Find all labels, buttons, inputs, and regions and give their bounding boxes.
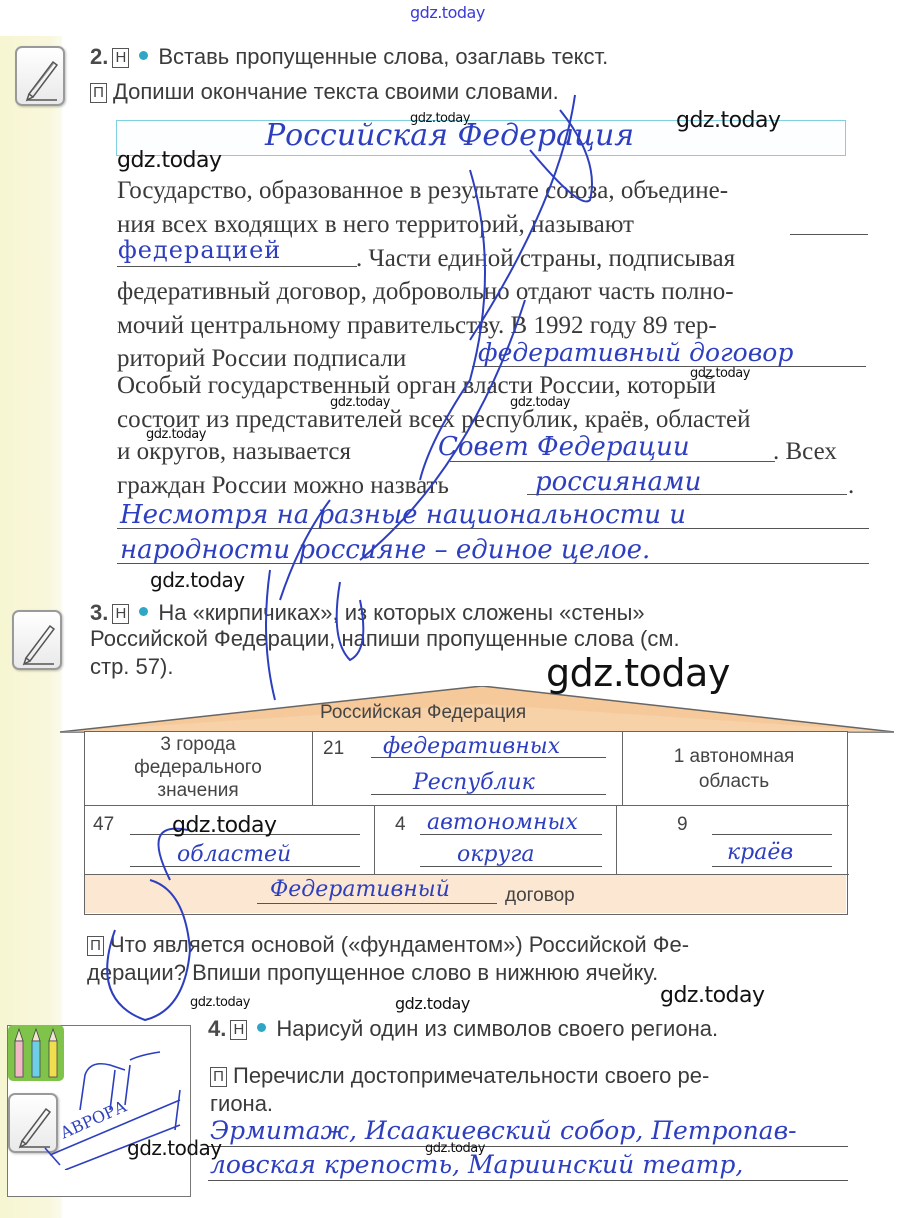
text-line: Государство, образованное в результате с… xyxy=(117,177,728,205)
text-line: мочий центральному правительству. В 1992… xyxy=(117,312,717,340)
task4-header: 4.ННарисуй один из символов своего регио… xyxy=(208,1016,718,1042)
watermark: gdz.today xyxy=(190,996,250,1009)
continuation-line-2: народности россияне – единое целое. xyxy=(120,535,650,565)
answer-russians: россиянами xyxy=(535,467,701,497)
level-marker-p: П xyxy=(210,1067,227,1087)
roof-label: Российская Федерация xyxy=(320,702,526,724)
answer-okrugs: округа xyxy=(457,842,534,867)
answer-federative: федеративных xyxy=(383,734,560,759)
watermark-top: gdz.today xyxy=(410,3,485,22)
answer-treaty: федеративный договор xyxy=(478,338,793,367)
task4-instruction: Нарисуй один из символов своего региона. xyxy=(276,1016,718,1041)
answer-line[interactable] xyxy=(130,834,360,835)
cell-krais: 9 краёв xyxy=(617,806,849,875)
text-line: федеративный договор, добровольно отдают… xyxy=(117,278,734,306)
answer-line[interactable] xyxy=(208,1180,848,1181)
task2-instruction-2: Допиши окончание текста своими словами. xyxy=(113,79,559,104)
answer-oblasts: областей xyxy=(177,842,291,867)
bullet-dot-icon xyxy=(139,607,148,616)
title-answer: Российская Федерация xyxy=(265,118,634,153)
cell-count: 9 xyxy=(677,814,688,836)
cell-count: 21 xyxy=(323,738,344,760)
cell-okrugs: 4 автономных округа xyxy=(375,806,617,875)
cell-count: 4 xyxy=(395,814,406,836)
answer-line[interactable] xyxy=(117,266,357,267)
text-line: Особый государственный орган власти Росс… xyxy=(117,372,716,400)
task3-question-2: дерации? Впиши пропущенное слово в нижню… xyxy=(87,960,658,986)
task3-number: 3. xyxy=(90,600,108,625)
watermark: gdz.today xyxy=(660,985,765,1007)
cell-auto-oblast: 1 автономная область xyxy=(623,732,849,806)
text-line: ния всех входящих в него территорий, наз… xyxy=(117,211,634,239)
task2-instruction: Вставь пропущенные слова, озаглавь текст… xyxy=(158,44,608,69)
bullet-dot-icon xyxy=(139,51,148,60)
write-task-icon xyxy=(15,46,65,106)
task4-number: 4. xyxy=(208,1016,226,1041)
watermark: gdz.today xyxy=(150,570,245,590)
answer-council: Совет Федерации xyxy=(438,432,690,462)
landmarks-line-2: ловская крепость, Мариинский театр, xyxy=(210,1150,743,1179)
answer-federation: федерацией xyxy=(118,236,281,264)
level-marker-p: П xyxy=(87,936,104,956)
answer-line[interactable] xyxy=(712,834,832,835)
text-line: состоит из представителей всех республик… xyxy=(117,406,751,434)
level-marker-n: Н xyxy=(230,1020,247,1040)
bullet-dot-icon xyxy=(257,1023,266,1032)
cell-text: 3 города xyxy=(85,733,311,756)
cell-count: 47 xyxy=(93,814,114,836)
text-line: и округов, называется xyxy=(117,438,351,466)
text-line: риторий России подписали xyxy=(117,345,406,373)
text-line: граждан России можно назвать xyxy=(117,472,449,500)
answer-line[interactable] xyxy=(790,234,868,235)
text-line: . Всех xyxy=(773,438,837,466)
answer-line[interactable] xyxy=(712,866,832,867)
level-marker-n: Н xyxy=(112,48,129,68)
write-task-icon xyxy=(12,610,62,670)
task3-header: 3.ННа «кирпичиках», из которых сложены «… xyxy=(90,600,645,626)
watermark: gdz.today xyxy=(395,996,470,1012)
text-line: . xyxy=(848,472,854,500)
answer-line[interactable] xyxy=(208,1146,848,1147)
task2-number: 2. xyxy=(90,44,108,69)
cell-text: значения xyxy=(85,779,311,802)
continuation-line-1: Несмотря на разные национальности и xyxy=(120,500,686,530)
cell-text: 1 автономная xyxy=(623,744,845,769)
task3-instruction-3: стр. 57). xyxy=(90,654,173,680)
answer-krais: краёв xyxy=(727,840,793,865)
landmarks-line-1: Эрмитаж, Исаакиевский собор, Петропав- xyxy=(210,1116,797,1145)
task3-instruction-2: Российской Федерации, напиши пропущенные… xyxy=(90,626,680,652)
task2-subheader: ПДопиши окончание текста своими словами. xyxy=(90,79,559,105)
task4-sub: ППеречисли достопримечательности своего … xyxy=(210,1063,709,1089)
foundation-suffix: договор xyxy=(505,885,575,907)
aurora-drawing xyxy=(30,1030,190,1170)
cell-cities: 3 города федерального значения xyxy=(85,732,313,806)
level-marker-n: Н xyxy=(112,604,129,624)
task4-sub-2: гиона. xyxy=(210,1091,273,1117)
level-marker-p: П xyxy=(90,83,107,103)
cell-text: федерального xyxy=(85,756,311,779)
answer-republics: Республик xyxy=(413,770,535,795)
task2-header: 2.НВставь пропущенные слова, озаглавь те… xyxy=(90,44,608,70)
answer-foundation: Федеративный xyxy=(270,877,450,902)
cell-oblasts: 47 областей xyxy=(85,806,375,875)
text-line: . Части единой страны, подписывая xyxy=(356,245,735,273)
task3-instruction: На «кирпичиках», из которых сложены «сте… xyxy=(158,600,644,625)
cell-foundation: Федеративный договор xyxy=(85,875,846,913)
answer-line[interactable] xyxy=(257,903,497,904)
question-text: Что является основой («фундаментом») Рос… xyxy=(110,932,689,957)
answer-autonomous: автономных xyxy=(427,810,578,835)
cell-text: область xyxy=(623,769,845,794)
task3-question: ПЧто является основой («фундаментом») Ро… xyxy=(87,932,689,958)
house-diagram: 3 города федерального значения 21 федера… xyxy=(84,731,848,915)
task4-instruction-p: Перечисли достопримечательности своего р… xyxy=(233,1063,709,1088)
cell-republics: 21 федеративных Республик xyxy=(313,732,623,806)
